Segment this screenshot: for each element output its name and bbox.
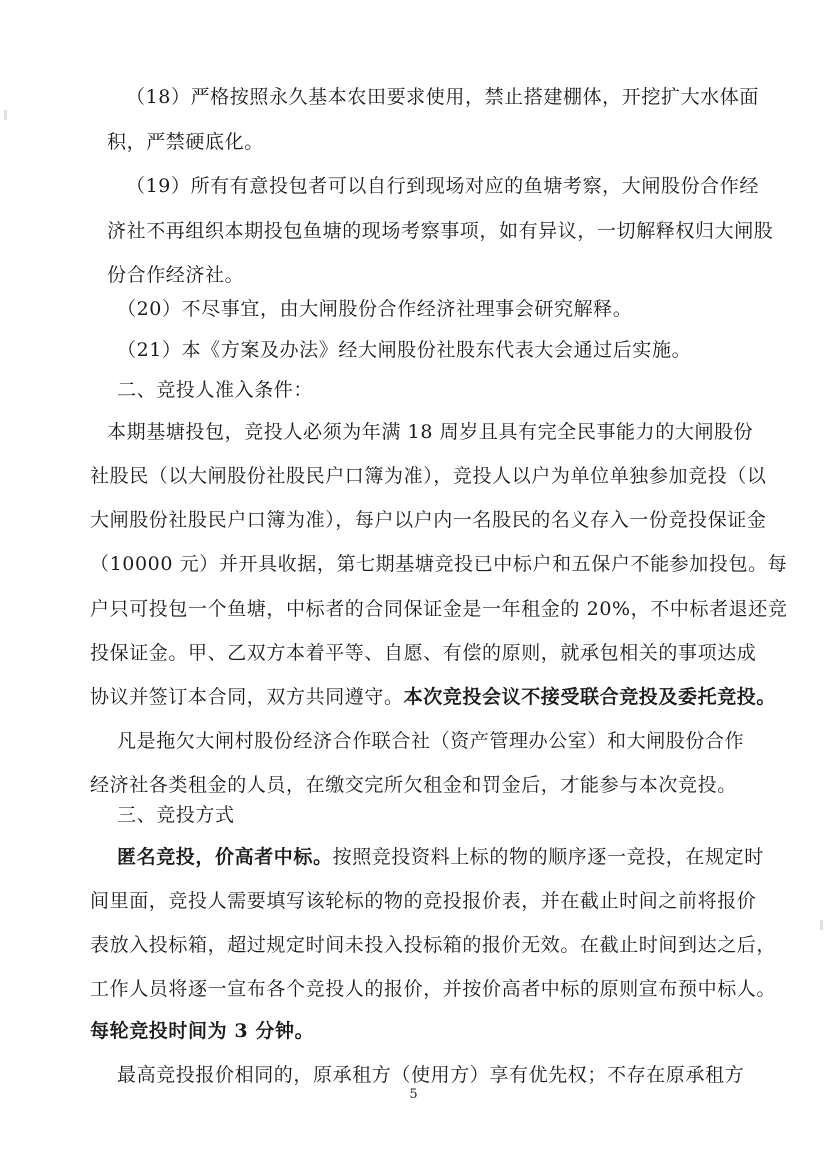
bold-text: 每轮竞投时间为 3 分钟。: [90, 1020, 314, 1042]
text-line: 每轮竞投时间为 3 分钟。: [90, 1019, 314, 1043]
text-line: 表放入投标箱，超过规定时间未投入投标箱的报价无效。在截止时间到达之后，: [90, 933, 776, 957]
text-line: 匿名竞投，价高者中标。按照竞投资料上标的物的顺序逐一竞投，在规定时: [117, 845, 764, 869]
text-line: （19）所有有意投包者可以自行到现场对应的鱼塘考察，大闸股份合作经: [126, 174, 759, 198]
text-line: 凡是拖欠大闸村股份经济合作联合社（资产管理办公室）和大闸股份合作: [117, 729, 744, 753]
text-span: 按照竞投资料上标的物的顺序逐一竞投，在规定时: [333, 846, 764, 868]
text-line: 协议并签订本合同，双方共同遵守。本次竞投会议不接受联合竞投及委托竞投。: [90, 685, 776, 709]
text-line: 本期基塘投包，竞投人必须为年满 18 周岁且具有完全民事能力的大闸股份: [107, 420, 753, 444]
text-line: （21）本《方案及办法》经大闸股份社股东代表大会通过后实施。: [117, 338, 691, 362]
text-line: 工作人员将逐一宣布各个竞投人的报价，并按价高者中标的原则宣布预中标人。: [90, 977, 776, 1001]
text-line: 二、竞投人准入条件：: [117, 378, 313, 402]
page-number: 5: [0, 1087, 827, 1102]
bold-text: 匿名竞投，价高者中标。: [117, 846, 333, 868]
scan-artifact: [4, 110, 7, 120]
text-line: 济社不再组织本期投包鱼塘的现场考察事项，如有异议，一切解释权归大闸股: [107, 219, 773, 243]
document-page: （18）严格按照永久基本农田要求使用，禁止搭建棚体，开挖扩大水体面积，严禁硬底化…: [0, 0, 827, 1169]
text-line: 最高竞投报价相同的，原承租方（使用方）享有优先权；不存在原承租方: [117, 1063, 744, 1087]
text-line: 投保证金。甲、乙双方本着平等、自愿、有偿的原则，就承包相关的事项达成: [90, 641, 756, 665]
text-line: （18）严格按照永久基本农田要求使用，禁止搭建棚体，开挖扩大水体面: [126, 85, 759, 109]
text-line: 大闸股份社股民户口簿为准），每户以户内一名股民的名义存入一份竞投保证金: [90, 508, 767, 532]
text-line: 份合作经济社。: [107, 263, 244, 287]
bold-text: 本次竞投会议不接受联合竞投及委托竞投。: [404, 686, 776, 708]
text-line: 经济社各类租金的人员，在缴交完所欠租金和罚金后，才能参与本次竞投。: [90, 773, 737, 797]
text-line: 三、竞投方式: [117, 803, 235, 827]
text-line: （10000 元）并开具收据，第七期基塘竞投已中标户和五保户不能参加投包。每: [90, 552, 787, 576]
text-line: （20）不尽事宜，由大闸股份合作经济社理事会研究解释。: [117, 297, 632, 321]
text-line: 户只可投包一个鱼塘，中标者的合同保证金是一年租金的 20%，不中标者退还竞: [90, 597, 787, 621]
text-line: 间里面，竞投人需要填写该轮标的物的竞投报价表，并在截止时间之前将报价: [90, 889, 756, 913]
text-line: 积，严禁硬底化。: [107, 130, 264, 154]
text-line: 社股民（以大闸股份社股民户口簿为准），竞投人以户为单位单独参加竞投（以: [90, 464, 767, 488]
text-span: 协议并签订本合同，双方共同遵守。: [90, 686, 404, 708]
scan-artifact: [820, 920, 823, 930]
